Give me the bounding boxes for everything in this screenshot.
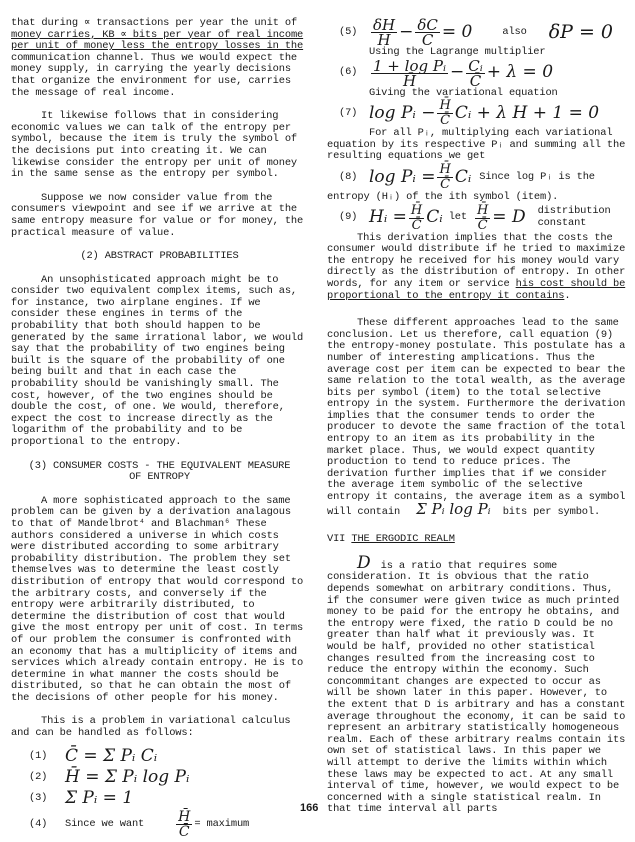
equation-5: (5) δH H − δC C = 0 also δP = 0 [327,18,627,47]
equation-expression: Σ Pᵢ = 1 [65,793,133,805]
equation-expression: H̄ = Σ Pᵢ log Pᵢ [65,772,189,784]
equation-number: (8) [339,172,369,184]
equation-also-label: also [502,27,526,39]
variational-caption: Giving the variational equation [327,88,627,100]
fraction-numerator: H̄ [437,99,452,114]
fraction-log-over-h: 1 + log Pᵢ H̄ [371,59,448,88]
label-line: constant [538,218,611,230]
heading-line: OF ENTROPY [129,471,190,483]
fraction-h-over-c: H̄ C̄ [437,99,452,128]
entropy-note: entropy (Hᵢ) of the ith symbol (item). [327,192,627,204]
fraction-denominator: C̄ [470,74,481,88]
text: . [564,290,570,302]
equation-8: (8) log Pᵢ = H̄ C̄ Cᵢ Since log Pᵢ is th… [327,163,627,192]
text-line: that during ∝ transactions per year the … [11,17,297,29]
fraction-h-over-c: H̄ C̄ [475,204,490,233]
equation-let: let [449,212,467,224]
equation-rest: Cᵢ [455,172,471,184]
text-line: per unit of money less the entropy losse… [11,40,303,52]
equation-suffix: = maximum [194,819,249,831]
fraction-denominator: C̄ [440,114,450,128]
paragraph-mandelbrot-derivation: A more sophisticated approach to the sam… [11,496,308,705]
fraction-h-over-c: H̄ C̄ [176,810,192,839]
section-title: THE ERGODIC REALM [351,533,454,545]
fraction-denominator: H [378,33,391,47]
equation-lead: Hᵢ = [369,212,407,224]
fraction-denominator: C̄ [440,178,450,192]
equation-6: (6) 1 + log Pᵢ H̄ − Cᵢ C̄ + λ = 0 [327,59,627,88]
fraction-numerator: H̄ [475,204,490,219]
equation-expression: C̄ = Σ Pᵢ Cᵢ [65,751,157,763]
paragraph-airplane-engines: An unsophisticated approach might be to … [11,275,308,449]
equation-number: (7) [339,108,369,120]
fraction-h-over-c: H̄ C̄ [437,163,452,192]
text-line: money supply, in carrying the yearly dec… [11,63,291,75]
text-line: the message of real income. [11,87,175,99]
fraction-denominator: C̄ [478,219,488,233]
fraction-numerator: H̄ [176,810,192,825]
equation-number: (5) [339,27,369,39]
equation-2: (2) H̄ = Σ Pᵢ log Pᵢ [11,768,308,789]
equation-number: (2) [29,772,59,784]
equation-number: (4) [29,819,59,831]
text-line: communication channel. Thus we would exp… [11,52,297,64]
fraction-denominator: C [422,33,433,47]
equation-prefix: Since we want [65,819,144,831]
text: bits per symbol. [503,506,600,518]
equation-9: (9) Hᵢ = H̄ C̄ Cᵢ let H̄ C̄ = D distribu… [327,204,627,233]
equation-1: (1) C̄ = Σ Pᵢ Cᵢ [11,747,308,768]
equation-note: Since log Pᵢ is the [479,172,595,184]
paragraph-entropy-per-symbol: It likewise follows that in considering … [11,111,308,181]
text: is a ratio that requires some considerat… [327,560,625,815]
fraction-dc-over-c: δC C [415,18,440,47]
paragraph-for-all: For all Pᵢ, multiplying each variational… [327,128,627,163]
equation-number: (3) [29,793,59,805]
equation-rest: + λ = 0 [487,67,553,79]
section-heading-abstract-probabilities: (2) ABSTRACT PROBABILITIES [11,251,308,263]
fraction-denominator: H̄ [403,74,416,88]
equation-3: (3) Σ Pᵢ = 1 [11,789,308,810]
paragraph-ratio-d: Dis a ratio that requires some considera… [327,558,627,816]
fraction-dh-over-h: δH H [371,18,397,47]
fraction-numerator: H̄ [409,204,424,219]
right-column: (5) δH H − δC C = 0 also δP = 0 Using th… [327,18,627,816]
text-line: that organize the environment for use, c… [11,75,291,87]
paragraph-entropy-money-postulate: These different approaches lead to the s… [327,318,627,518]
equation-rest: Cᵢ [426,212,442,224]
equation-rest: Cᵢ + λ H + 1 = 0 [455,108,599,120]
text-line: money carries, KB ∝ bits per year of rea… [11,29,303,41]
sum-expression: Σ Pᵢ log Pᵢ [416,500,491,518]
equation-4: (4) Since we want H̄ C̄ = maximum [11,810,308,840]
equation-number: (1) [29,751,59,763]
equation-number: (6) [339,67,369,79]
equation-expression: δP = 0 [549,27,613,39]
page-number: 166 [300,802,318,814]
text: These different approaches lead to the s… [327,317,625,518]
fraction-h-over-c: H̄ C̄ [409,204,424,233]
paragraph-variational-calculus: This is a problem in variational calculu… [11,716,308,739]
symbol-d: D [357,553,371,573]
equation-number: (9) [339,212,369,224]
heading-line: (3) CONSUMER COSTS - THE EQUIVALENT MEAS… [29,460,291,472]
equation-lead: log Pᵢ − [369,108,435,120]
fraction-denominator: C̄ [179,825,190,839]
paragraph-income: that during ∝ transactions per year the … [11,18,308,99]
fraction-c-over-c: Cᵢ C̄ [466,59,485,88]
equation-7: (7) log Pᵢ − H̄ C̄ Cᵢ + λ H + 1 = 0 [327,99,627,128]
equation-rest: = D [492,212,525,224]
paragraph-consumer-viewpoint: Suppose we now consider value from the c… [11,193,308,239]
fraction-numerator: H̄ [437,163,452,178]
equation-rest: = 0 [442,27,472,39]
section-heading-consumer-costs: (3) CONSUMER COSTS - THE EQUIVALENT MEAS… [11,461,308,484]
equation-lead: log Pᵢ = [369,172,435,184]
distribution-constant-label: distribution constant [538,206,611,229]
fraction-denominator: C̄ [412,219,422,233]
section-heading-ergodic-realm: VII THE ERGODIC REALM [327,534,627,546]
section-number: VII [327,533,345,545]
paragraph-derivation-implies: This derivation implies that the costs t… [327,233,627,303]
left-column: that during ∝ transactions per year the … [11,18,308,840]
